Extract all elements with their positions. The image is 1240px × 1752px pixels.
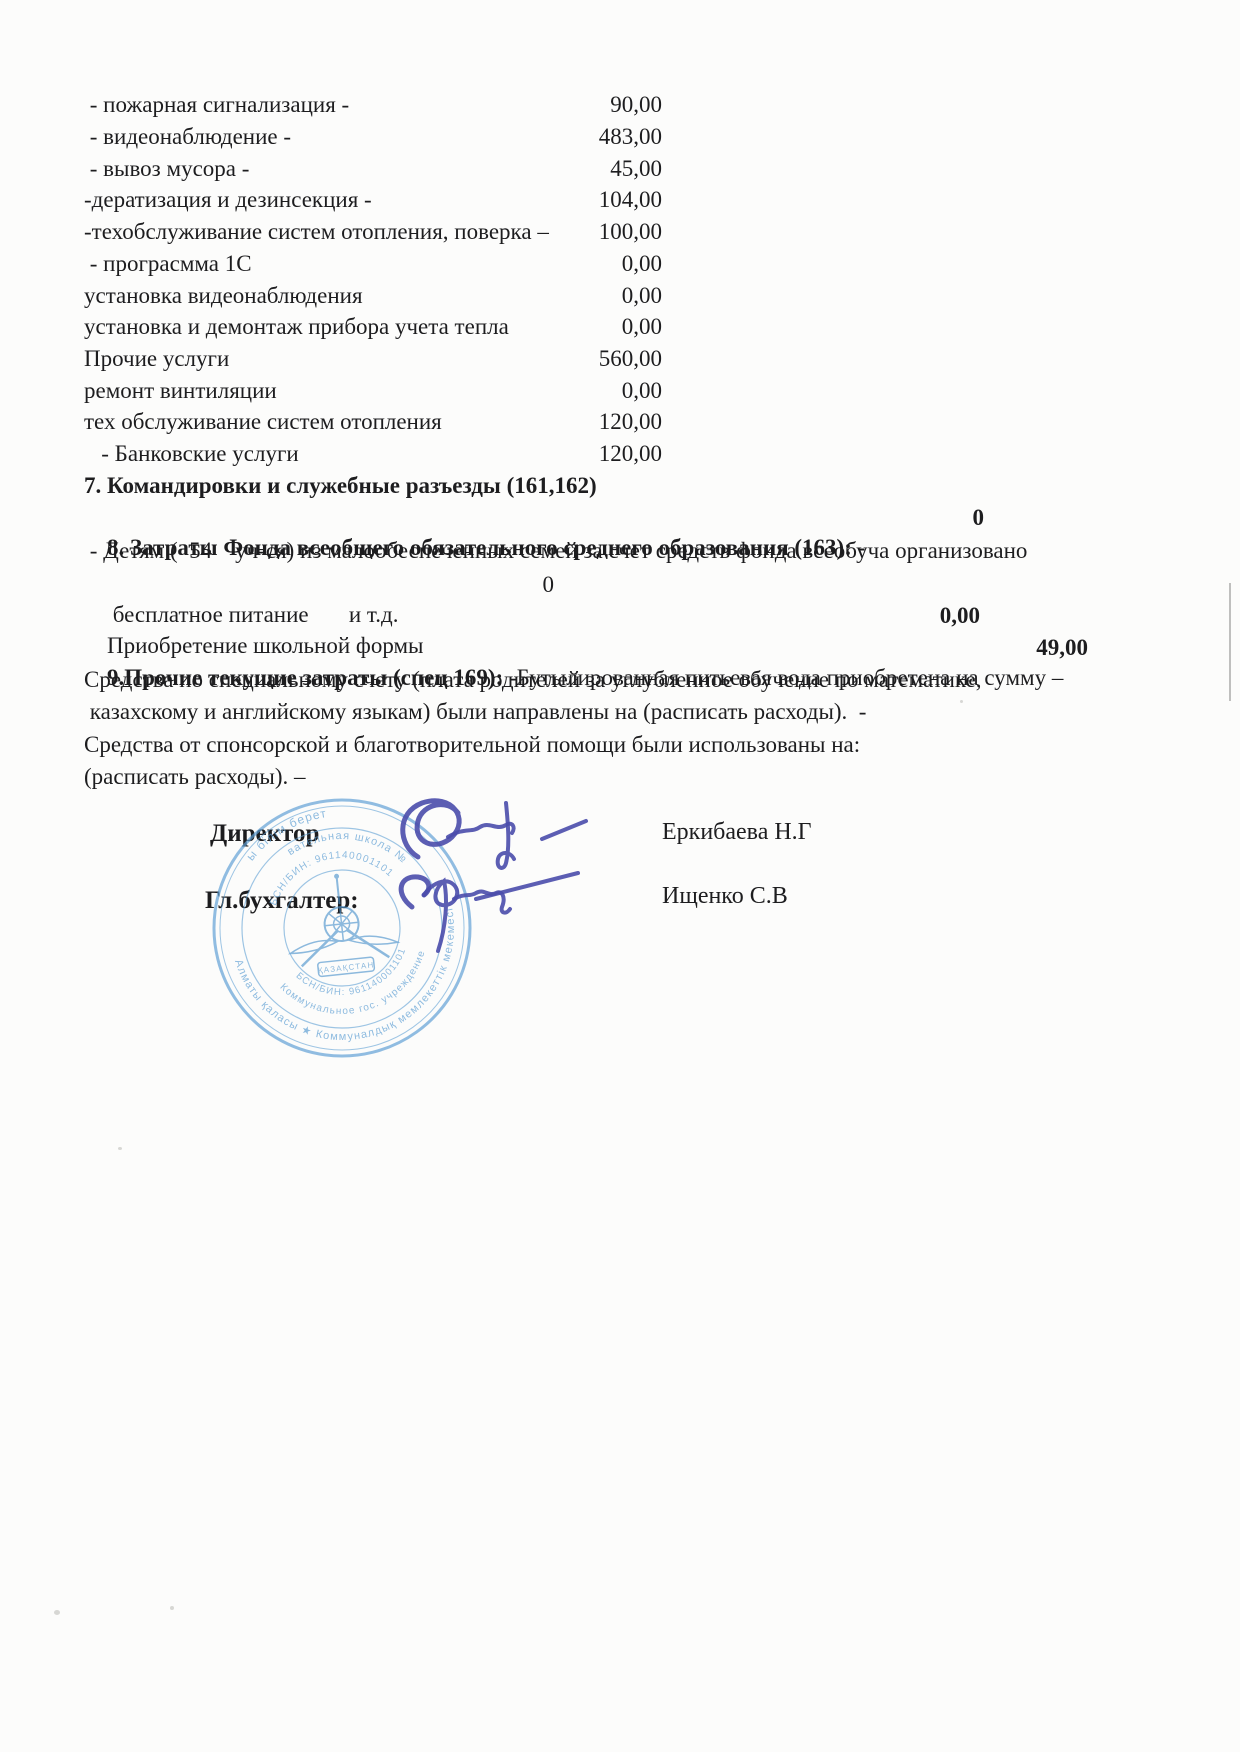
section8-meals-line: бесплатное питание и т.д. 0 [84,570,1204,600]
scan-speck [170,1606,174,1610]
section9-amount: 49,00 [1004,633,1088,663]
expense-row: - пожарная сигнализация -90,00 [84,90,662,120]
expense-label: -дератизация и дезинсекция - [84,185,372,215]
expense-row: - Банковские услуги120,00 [84,439,662,469]
section8-heading: 8. Затраты Фонда всеобщего обязательного… [84,503,1204,533]
expense-amount: 104,00 [599,185,662,215]
expense-amount: 90,00 [610,90,662,120]
expense-row: ремонт винтиляции0,00 [84,376,662,406]
expense-row: Прочие услуги560,00 [84,344,662,374]
expense-row: установка видеонаблюдения0,00 [84,281,662,311]
accountant-name: Ищенко С.В [662,883,788,910]
scan-speck [54,1610,60,1615]
expense-amount: 120,00 [599,439,662,469]
expense-label: тех обслуживание систем отопления [84,407,442,437]
meals-amount: 0 [534,570,554,600]
expense-row: установка и демонтаж прибора учета тепла… [84,312,662,342]
section9-heading: 9.Прочие текущие затраты (спец 169): -Бу… [84,633,1204,663]
expense-row: - програсмма 1С0,00 [84,249,662,279]
scanned-report-page: - пожарная сигнализация -90,00 - видеона… [0,0,1240,1752]
section8-amount: 0 [930,503,984,533]
expense-row: -дератизация и дезинсекция -104,00 [84,185,662,215]
expense-label: - видеонаблюдение - [84,122,291,152]
expense-label: - вывоз мусора - [84,154,249,184]
section9-line2: Средства по специальному счету (плата ро… [84,665,1204,695]
section8-uniforms-line: Приобретение школьной формы 0,00 [84,601,1204,631]
scan-edge-artifact [1229,583,1231,701]
section7-heading: 7. Командировки и служебные разъезды (16… [84,471,1204,501]
scan-speck [118,1147,122,1150]
expense-row: тех обслуживание систем отопления120,00 [84,407,662,437]
expense-amount: 45,00 [610,154,662,184]
signatures-ink [360,775,610,980]
expense-row: - вывоз мусора -45,00 [84,154,662,184]
expense-label: - пожарная сигнализация - [84,90,349,120]
expense-row: -техобслуживание систем отопления, повер… [84,217,662,247]
expense-amount: 0,00 [622,312,662,342]
expense-label: - програсмма 1С [84,249,252,279]
expense-amount: 100,00 [599,217,662,247]
expense-label: установка и демонтаж прибора учета тепла [84,312,509,342]
accountant-signature [401,873,578,951]
expense-label: -техобслуживание систем отопления, повер… [84,217,549,247]
uniforms-amount: 0,00 [900,601,980,631]
expense-label: ремонт винтиляции [84,376,277,406]
expense-amount: 483,00 [599,122,662,152]
expense-amount: 0,00 [622,376,662,406]
expense-amount: 0,00 [622,249,662,279]
expense-label: установка видеонаблюдения [84,281,363,311]
expense-amount: 560,00 [599,344,662,374]
signatures-svg [360,775,610,980]
expense-label: - Банковские услуги [84,439,299,469]
section9-line4: Средства от спонсорской и благотворитель… [84,730,1204,760]
scan-speck [960,700,963,703]
expense-amount: 0,00 [622,281,662,311]
director-signature [403,801,586,868]
section9-line3: казахскому и английскому языкам) были на… [84,697,1204,727]
expense-amount: 120,00 [599,407,662,437]
director-name: Еркибаева Н.Г [662,819,812,846]
expense-label: Прочие услуги [84,344,229,374]
section8-children-line: - Детям ( 54 уч-ся) из малообеспеченных … [84,536,1204,566]
expense-row: - видеонаблюдение -483,00 [84,122,662,152]
